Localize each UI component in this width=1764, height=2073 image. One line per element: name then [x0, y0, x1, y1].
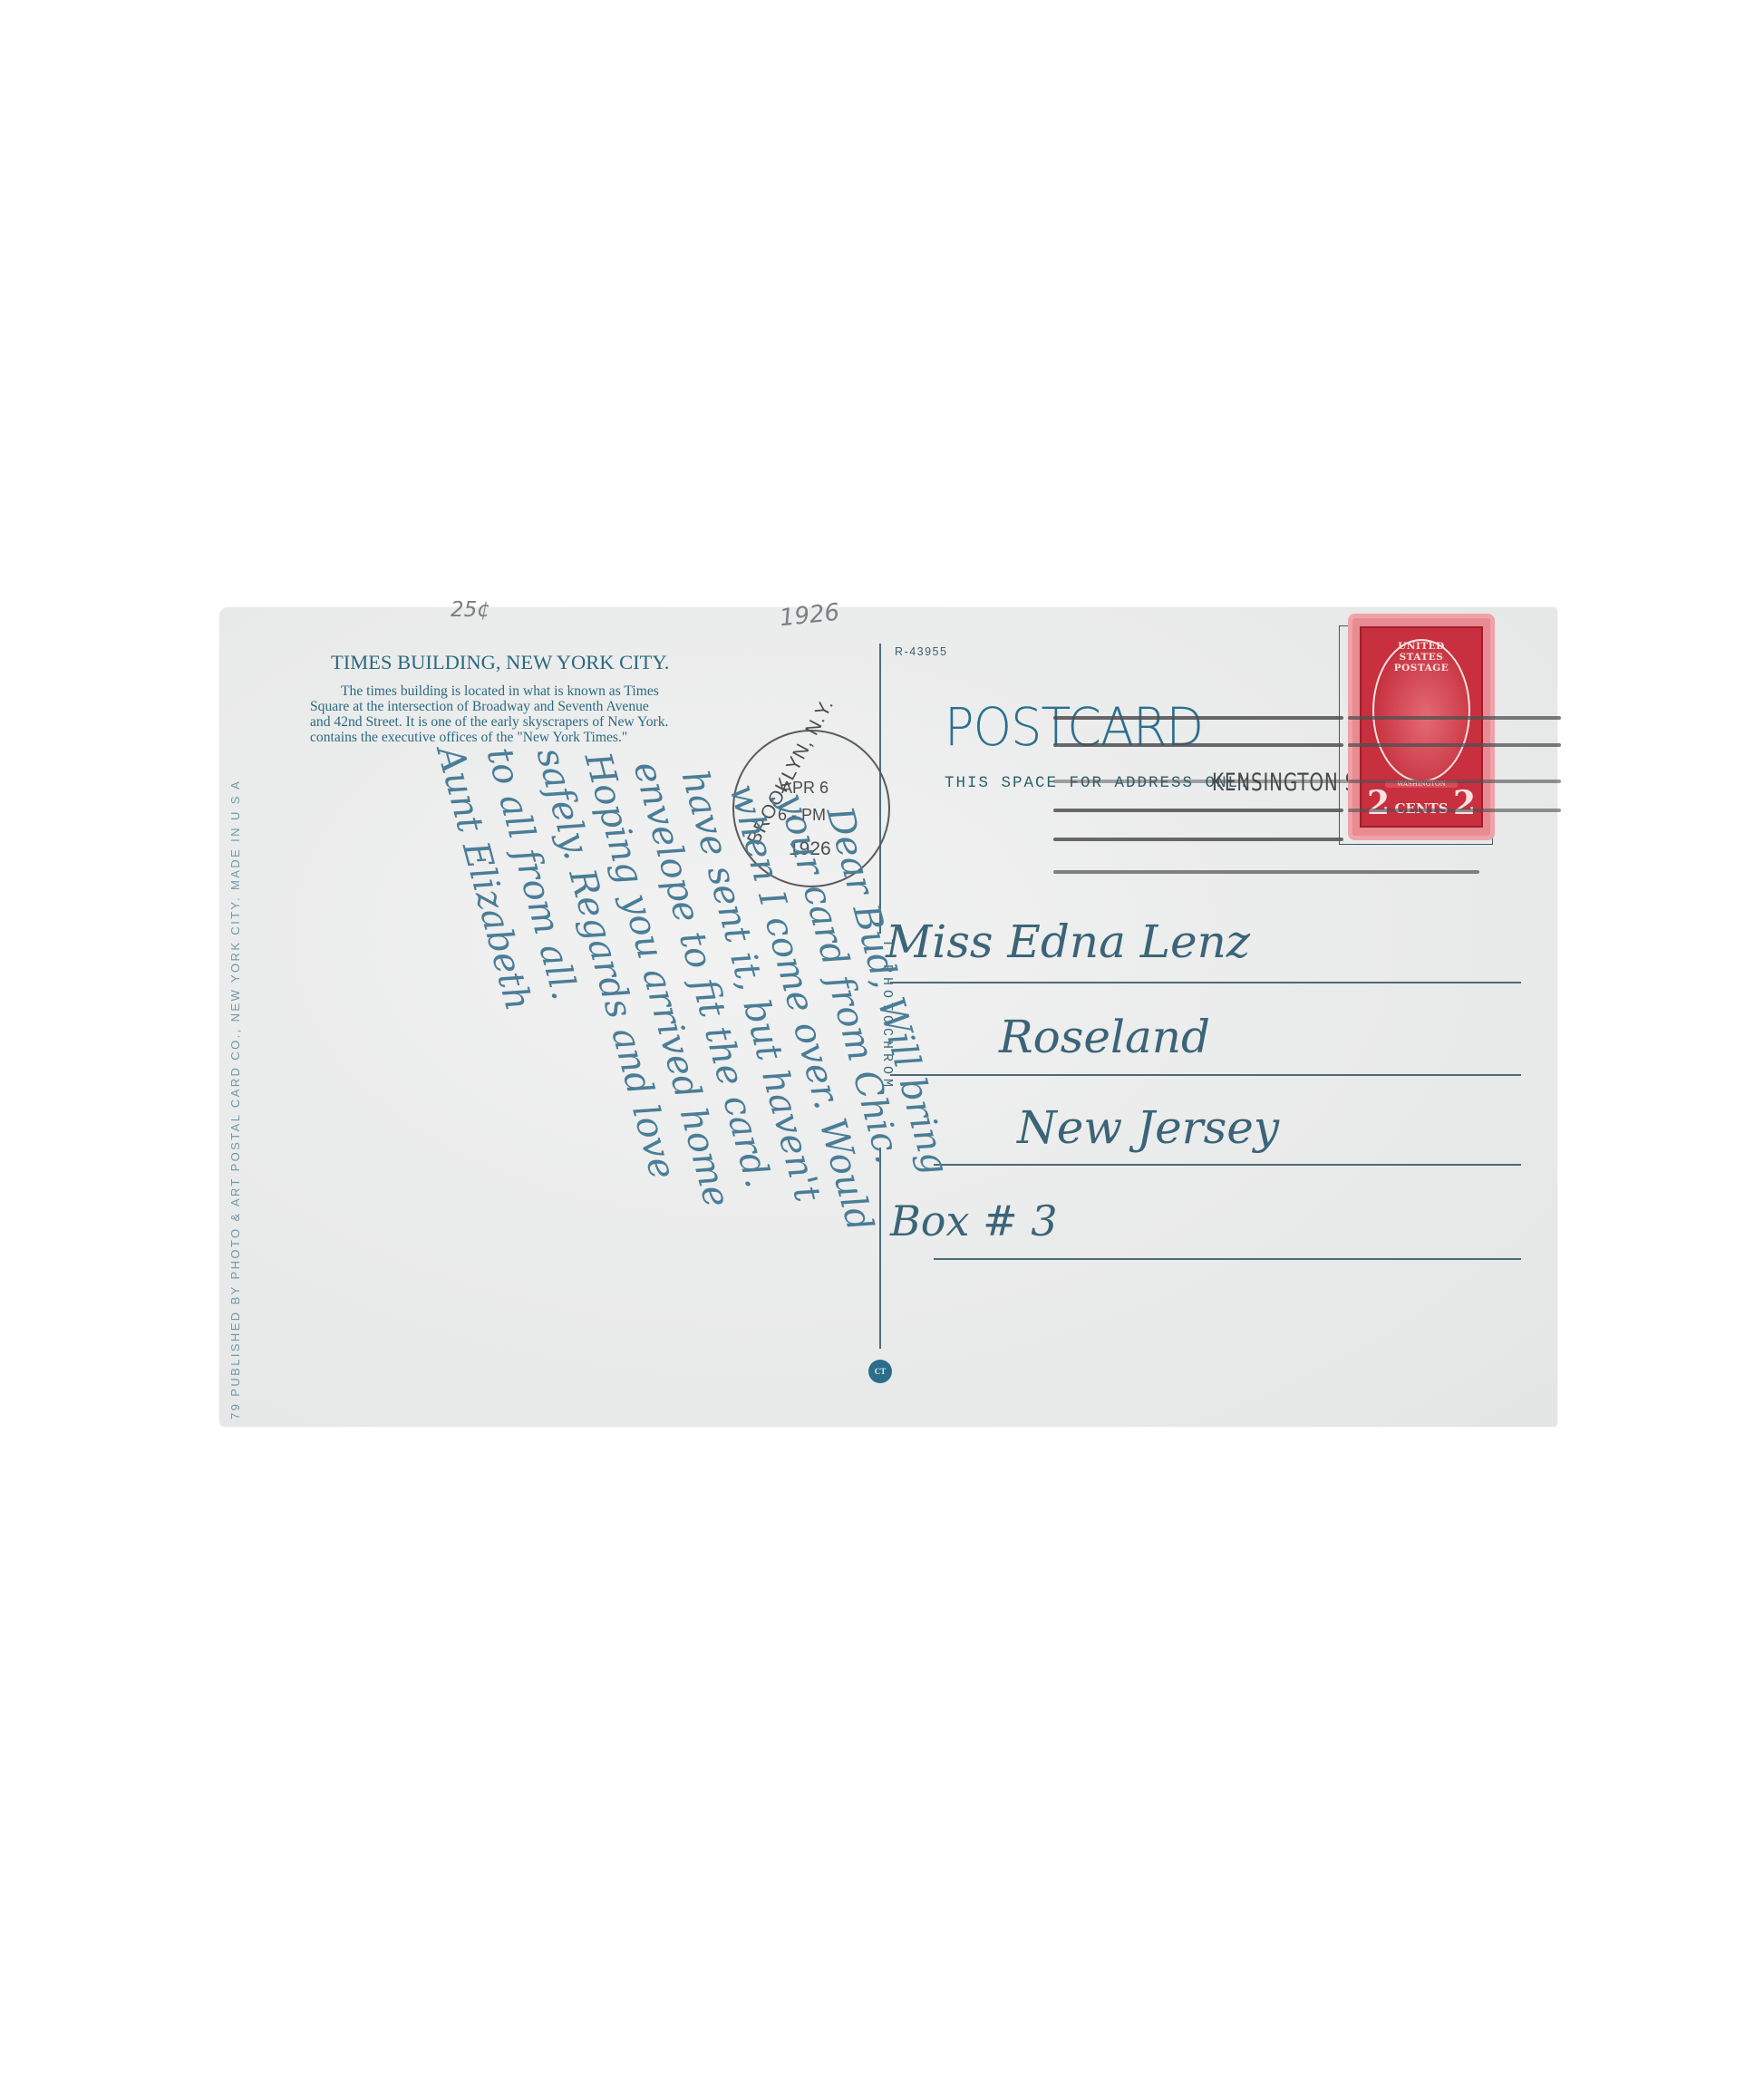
address-state: New Jersey — [1017, 1101, 1279, 1154]
postcard-heading: POSTCARD — [945, 696, 1203, 758]
address-box: Box # 3 — [890, 1196, 1058, 1245]
stamp-country: UNITED STATES POSTAGE — [1374, 641, 1468, 673]
publisher-logo-icon: CT — [868, 1360, 892, 1383]
cancel-line — [1348, 716, 1561, 720]
description-line: contains the executive offices of the "N… — [310, 730, 814, 745]
address-rule — [890, 982, 1521, 983]
cancel-line — [1053, 716, 1343, 720]
address-notice: THIS SPACE FOR ADDRESS ONLY — [945, 774, 1251, 792]
address-rule — [934, 1258, 1521, 1260]
stamp-face: UNITED STATES POSTAGE WASHINGTON 2 2 CEN… — [1360, 626, 1483, 828]
pencil-price-note: 25¢ — [451, 598, 490, 622]
cancel-line — [1053, 838, 1343, 841]
cancel-line — [1053, 870, 1479, 874]
description-line: Square at the intersection of Broadway a… — [310, 699, 814, 714]
address-recipient: Miss Edna Lenz — [886, 915, 1250, 968]
cancel-line — [1053, 809, 1343, 812]
cancel-line — [1348, 780, 1561, 783]
cancel-line — [1348, 809, 1561, 812]
description-line: The times building is located in what is… — [310, 683, 814, 699]
card-description: The times building is located in what is… — [310, 683, 814, 745]
center-divider-bottom — [879, 1148, 881, 1349]
card-title: TIMES BUILDING, NEW YORK CITY. — [331, 651, 784, 674]
address-rule — [934, 1164, 1521, 1166]
postage-stamp: UNITED STATES POSTAGE WASHINGTON 2 2 CEN… — [1352, 618, 1490, 836]
washington-portrait-icon: UNITED STATES POSTAGE — [1372, 639, 1470, 782]
pencil-year-note: 1926 — [779, 599, 841, 633]
publisher-line: 79 PUBLISHED BY PHOTO & ART POSTAL CARD … — [228, 640, 242, 1419]
catalog-code: R-43955 — [895, 645, 947, 658]
cancel-line — [1348, 743, 1561, 747]
address-rule — [890, 1074, 1521, 1076]
cancel-line — [1053, 743, 1343, 747]
postcard-back: 79 PUBLISHED BY PHOTO & ART POSTAL CARD … — [219, 607, 1557, 1427]
description-line: and 42nd Street. It is one of the early … — [310, 714, 814, 730]
address-town: Roseland — [999, 1011, 1210, 1063]
